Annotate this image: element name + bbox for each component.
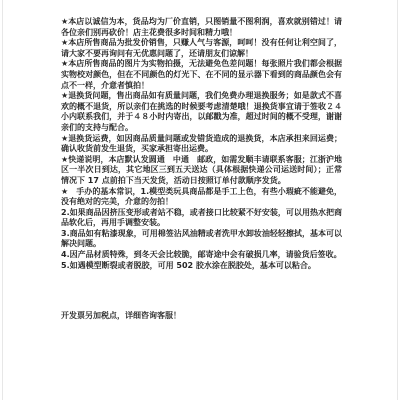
notice-paragraph-figure-knowledge-5: 5.如遇模型断裂或者脱胶，可用 502 胶水涂在脱胶处，基本可以粘合。 [61, 261, 342, 272]
notice-paragraph-honesty: ★本店以诚信为本，货品均为厂价直销，只图销量不图利润，喜欢就别错过！请各位亲们别… [61, 17, 342, 38]
page-right-border [397, 0, 398, 400]
notice-paragraph-wholesale-price: ★本店所售商品为批发价销售，只赚人气与客源，呵呵！没有任何让利空间了，请大家不要… [61, 38, 342, 59]
notice-paragraph-figure-knowledge-3: 3.商品如有粘漆现象，可用棉签沾风油精或者洗甲水卸妆油轻轻擦拭，基本可以解决问题… [61, 229, 342, 250]
notice-paragraph-figure-knowledge-1: ★ 手办的基本常识，1.模型类玩具商品都是手工上色，有些小瑕疵不能避免，没有绝对… [61, 187, 342, 208]
notice-paragraph-color-difference: ★本店所售商品的图片为实物拍摄，无法避免色差问题！每张照片我们都会根据实物校对颜… [61, 59, 342, 91]
notice-paragraph-figure-knowledge-4: 4.因产品材质特殊，到冬天会比较脆，邮寄途中会有破损几率，请验货后签收。 [61, 250, 342, 261]
notice-paragraph-return-shipping-fee: ★退换货运费，如因商品质量问题或发错货造成的退换货，本店承担来回运费；确认收货前… [61, 134, 342, 155]
notice-paragraph-figure-knowledge-2: 2.如果商品因挤压变形或者站不稳，或者接口比较紧不好安装，可以用热水把商品软化后… [61, 208, 342, 229]
store-notice-page: ★本店以诚信为本，货品均为厂价直销，只图销量不图利润，喜欢就别错过！请各位亲们别… [0, 0, 400, 400]
page-left-border [2, 0, 3, 400]
notice-paragraph-shipping-info: ★快递说明，本店默认发圆通 中通 邮政，如需发顺丰请联系客服；江浙沪地区一半次日… [61, 155, 342, 187]
store-notice-text-block: ★本店以诚信为本，货品均为厂价直销，只图销量不图利润，喜欢就别错过！请各位亲们别… [61, 17, 342, 271]
invoice-tax-note: 开发票另加税点，详细咨询客服！ [61, 311, 181, 322]
notice-paragraph-return-policy: ★退换货问题，售出商品如有质量问题，我们免费办理退换服务；如是款式不喜欢的概不退… [61, 91, 342, 133]
